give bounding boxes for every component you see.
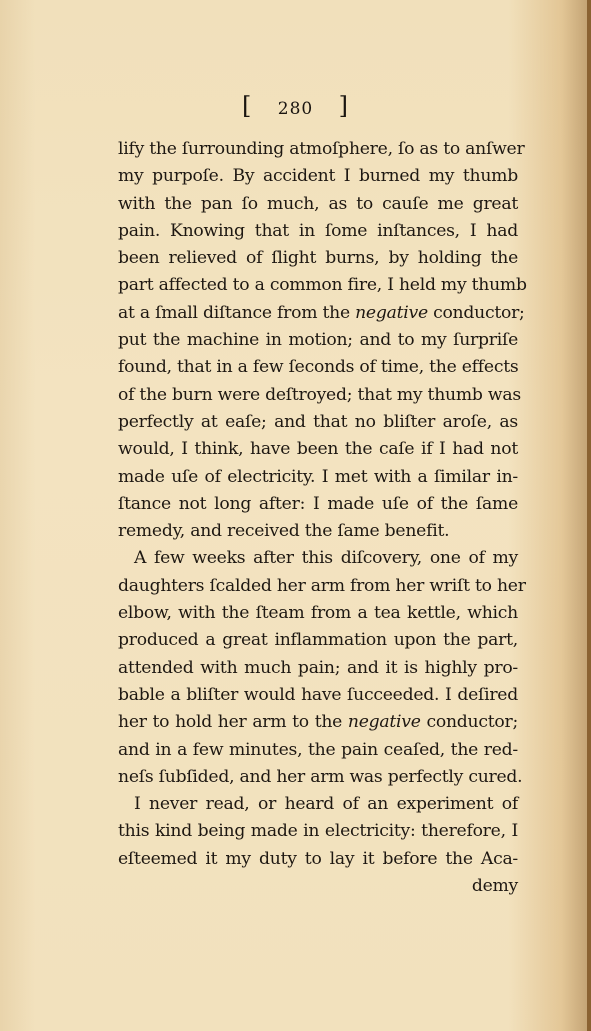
text-line: my purpoſe. By accident I burned my thum… — [118, 163, 518, 190]
text-line: made uſe of electricity. I met with a ſi… — [118, 464, 518, 491]
page-header: [ 280 ] — [0, 92, 591, 120]
text-line: attended with much pain; and it is highl… — [118, 655, 518, 682]
text-line: put the machine in motion; and to my ſur… — [118, 327, 518, 354]
text-line: perfectly at eaſe; and that no bliſter a… — [118, 409, 518, 436]
text-line: produced a great inflammation upon the p… — [118, 627, 518, 654]
paragraph-start-line: I never read, or heard of an experiment … — [118, 791, 518, 818]
text-run: conductor; — [428, 303, 525, 323]
text-line: this kind being made in electricity: the… — [118, 818, 518, 845]
page-edge-shadow — [587, 0, 591, 1031]
italic-term: negative — [355, 303, 428, 323]
text-line: elbow, with the ſteam from a tea kettle,… — [118, 600, 518, 627]
text-run: her to hold her arm to the — [118, 712, 348, 732]
paragraph-start-line: A few weeks after this diſcovery, one of… — [118, 545, 518, 572]
text-line: daughters ſcalded her arm from her wriſt… — [118, 573, 518, 600]
text-line: lify the ſurrounding atmoſphere, ſo as t… — [118, 136, 518, 163]
text-line: and in a few minutes, the pain ceaſed, t… — [118, 737, 518, 764]
close-bracket: ] — [339, 92, 349, 120]
open-bracket: [ — [242, 92, 252, 120]
text-line: bable a bliſter would have ſucceeded. I … — [118, 682, 518, 709]
text-line: neſs ſubſided, and her arm was perfectly… — [118, 764, 518, 791]
text-line: part affected to a common fire, I held m… — [118, 272, 518, 299]
italic-term: negative — [348, 712, 421, 732]
text-line: pain. Knowing that in ſome inſtances, I … — [118, 218, 518, 245]
text-line: of the burn were deſtroyed; that my thum… — [118, 382, 518, 409]
text-line: found, that in a few ſeconds of time, th… — [118, 354, 518, 381]
text-line: would, I think, have been the caſe if I … — [118, 436, 518, 463]
text-line: at a ſmall diſtance from the negative co… — [118, 300, 518, 327]
text-run: at a ſmall diſtance from the — [118, 303, 355, 323]
text-line: ſtance not long after: I made uſe of the… — [118, 491, 518, 518]
text-line: her to hold her arm to the negative cond… — [118, 709, 518, 736]
text-line: been relieved of ſlight burns, by holdin… — [118, 245, 518, 272]
catchword: demy — [118, 873, 518, 900]
page-number: 280 — [278, 99, 313, 119]
text-line: with the pan ſo much, as to cauſe me gre… — [118, 191, 518, 218]
text-line: remedy, and received the ſame benefit. — [118, 518, 518, 545]
text-line: eſteemed it my duty to lay it before the… — [118, 846, 518, 873]
body-text: lify the ſurrounding atmoſphere, ſo as t… — [118, 136, 518, 900]
text-run: conductor; — [421, 712, 518, 732]
